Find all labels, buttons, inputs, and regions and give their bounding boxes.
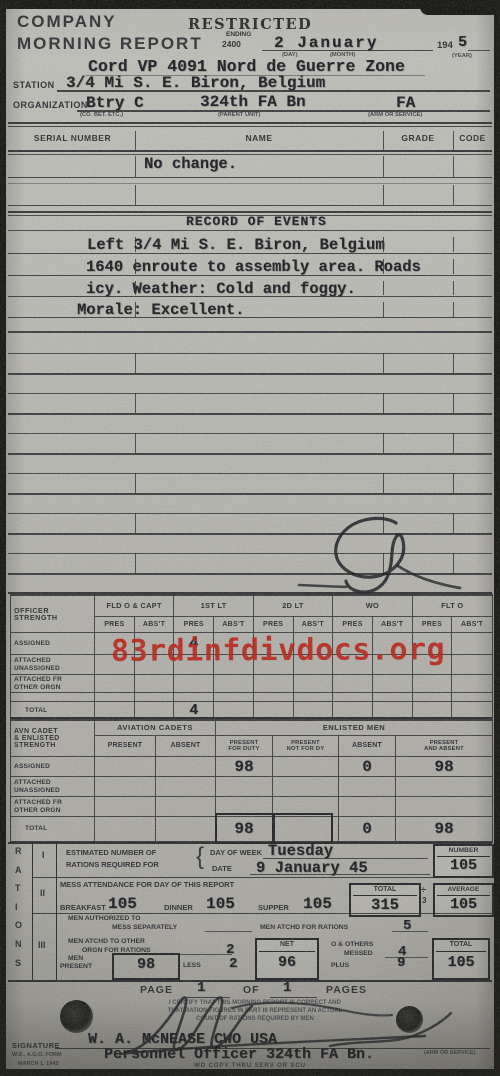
average-box: AVERAGE 105 [433,883,494,917]
ruled-line [8,573,492,575]
officer-row-label [11,693,95,702]
date-label: DATE [212,864,232,873]
column-tick [135,353,136,373]
mess-total-value: 315 [351,896,419,914]
officer-cell-value [214,675,254,693]
form-title-line1: COMPANY [17,12,117,32]
enlisted-cell-value: 98 [396,817,492,841]
officer-cell-value [413,675,453,693]
officer-subheader-label: ABS'T [302,621,324,628]
officer-subheader-label: PRES [263,621,283,628]
officer-subheader: PRES [95,617,135,633]
photo-edge-right [494,0,500,1076]
ruled-line [8,150,492,152]
supper-value: 105 [303,895,332,913]
page-label: PAGE [140,984,173,996]
rations-total-value: 105 [434,954,488,971]
day-of-week-label: DAY OF WEEK [210,848,262,857]
officer-corner-label: OFFICERSTRENGTH [11,596,95,633]
est-rations-label-2: RATIONS REQUIRED FOR [66,860,159,869]
number-box-value: 105 [435,857,492,874]
enlisted-subheader-line: PRESENT [108,742,142,749]
supper-label: SUPPER [258,903,289,912]
ruled-line [250,874,430,875]
ending-time: 2400 [222,39,241,49]
enlisted-cell-value [95,797,156,817]
officer-subheader: PRES [174,617,214,633]
signature-label: SIGNATURE [12,1041,60,1050]
pages-label: PAGES [326,984,367,996]
officer-cell-value [95,675,135,693]
officer-group-label: WO [366,602,379,609]
officer-subheader: ABS'T [135,617,175,633]
officer-col-group: 2D LT [254,596,333,617]
ruled-line [32,913,492,914]
section-numeral-2: II [40,888,45,898]
rations-letter: O [15,920,22,930]
officer-cell-value [452,675,492,693]
enlisted-cell-value [396,797,492,817]
ruled-line [8,373,492,375]
ruled-line [57,90,490,92]
column-tick [135,553,136,573]
total-not-duty-box [273,813,333,844]
rations-total-box: TOTAL 105 [432,938,490,980]
officer-row-label: ATTACHEDUNASSIGNED [11,655,95,675]
officer-group-label: FLD O & CAPT [107,602,162,609]
officer-row-label: ATTACHED FROTHER ORGN [11,675,95,693]
officer-subheader-label: PRES [104,621,124,628]
officer-subheader: ABS'T [373,617,413,633]
enlisted-subheader: ABSENT [339,736,396,757]
officer-subheader-label: PRES [184,621,204,628]
ruled-line [32,877,492,878]
less-value: 2 [229,956,237,972]
officer-subheader-label: ABS'T [222,621,244,628]
enlisted-row-label: ATTACHEDUNASSIGNED [11,777,95,797]
men-present-label-1: MEN [68,955,83,962]
ruled-line [8,317,492,318]
officer-cell-value [214,693,254,702]
enlisted-cell-value [95,777,156,797]
ruled-line [185,997,230,998]
officer-col-group: 1ST LT [174,596,253,617]
ruled-line [8,154,492,155]
roster-entry-no-change: No change. [144,155,237,173]
officer-cell-value [135,675,175,693]
ruled-line [8,215,492,216]
column-tick [453,156,454,177]
men-present-box: 98 [112,953,180,980]
enlisted-cell-value [273,757,339,777]
officer-subheader: ABS'T [452,617,492,633]
ruled-line [8,493,492,495]
enlisted-subheader-line: AND ABSENT [424,746,464,752]
men-authorized-label-1: MEN AUTHORIZED TO [68,915,141,922]
ruled-line [8,473,492,474]
photo-edge-bottom [0,1069,500,1076]
ruled-line [263,858,428,859]
column-tick [383,185,384,205]
enlisted-cell-value [396,777,492,797]
ruled-line [205,931,252,932]
enlisted-subheader-line: FOR DUTY [228,746,259,752]
events-title: RECORD OF EVENTS [186,214,327,229]
officer-cell-value [95,693,135,702]
form-title-line2: MORNING REPORT [17,34,203,54]
breakfast-label: BREAKFAST [60,903,106,912]
enlisted-corner-label: AVN CADET& ENLISTEDSTRENGTH [11,721,95,757]
column-tick [383,473,384,493]
enlisted-cell-value [339,777,396,797]
ruled-line [262,50,433,51]
column-tick [453,353,454,373]
column-tick [135,302,136,317]
rations-letter: I [15,902,18,912]
men-present-label-2: PRESENT [60,963,92,970]
ruled-line [8,393,492,394]
enlisted-corner-line: AVN CADET [14,728,58,735]
net-value: 96 [257,954,317,971]
ruled-line [8,533,492,535]
officer-row-label-line: ATTACHED [14,657,51,664]
enlisted-cell-value [95,817,156,841]
column-tick [383,433,384,453]
net-box: NET 96 [255,938,319,980]
breakfast-value: 105 [108,895,137,913]
ruled-line [8,230,492,231]
column-tick [453,433,454,453]
less-label: LESS [183,962,201,969]
morning-report-scan: COMPANY RESTRICTED MORNING REPORT ENDING… [0,0,500,1076]
ruled-line [8,126,492,127]
rations-letter: N [15,939,22,949]
officer-subheader-label: PRES [342,621,362,628]
officer-subheader-label: ABS'T [461,621,483,628]
page-value: 1 [197,980,205,996]
ruled-line [270,997,317,998]
form-note-2: MARCH 1, 1943 [18,1061,58,1067]
enlisted-row-label: ATTACHED FROTHER ORGN [11,797,95,817]
rations-letter: A [15,865,22,875]
ruled-line [8,353,492,354]
column-tick [135,185,136,205]
column-tick [135,131,136,150]
officer-row-label-line: ASSIGNED [14,640,50,647]
year-value: 5 [458,34,467,51]
enlisted-cell-value: 0 [339,817,396,841]
column-tick [135,473,136,493]
column-tick [453,553,454,573]
officer-subheader: PRES [413,617,453,633]
photo-edge-top-right [420,0,500,15]
net-label: NET [257,941,317,948]
year-prefix: 194 [437,40,453,51]
enlisted-subheader-line: ABSENT [352,742,382,749]
enlisted-cell-value [156,757,216,777]
ruled-line [8,433,492,434]
enlisted-subheader-line: NOT FOR DY [287,746,325,752]
column-tick [453,131,454,150]
enlisted-cell-value: 0 [339,757,396,777]
column-tick [135,393,136,413]
org-unit-sublabel: (CO. BET. ETC.) [80,112,123,118]
officer-cell-value [174,675,214,693]
officer-col-group: WO [333,596,412,617]
enlisted-cell-value [273,777,339,797]
rations-letter: T [15,883,21,893]
pages-value: 1 [283,980,291,996]
enlisted-cell-value [339,797,396,817]
officer-cell-value [333,675,373,693]
column-tick [453,259,454,274]
enlisted-cell-value [156,817,216,841]
photo-edge-left [0,0,6,1076]
org-arm-sublabel: (ARM OR SERVICE) [368,112,422,118]
column-tick [453,302,454,317]
column-tick [135,281,136,295]
enlisted-subheader: PRESENTNOT FOR DY [273,736,339,757]
of-label: OF [243,984,260,996]
officer-group-label: FLT O [441,602,463,609]
officer-group-label: 2D LT [282,602,303,609]
enlisted-value: 0 [362,820,372,838]
cert-line-1: I CERTIFY THAT THIS MORNING REPORT IS CO… [90,1000,420,1006]
ruled-line [10,717,491,719]
ending-label: ENDING [226,31,251,38]
mess-total-box: TOTAL 315 [349,883,421,917]
enlisted-subheader: PRESENTFOR DUTY [216,736,273,757]
enlisted-row-label: ASSIGNED [11,757,95,777]
officer-row-label: ASSIGNED [11,633,95,655]
column-tick [383,131,384,150]
column-tick [135,237,136,252]
brace-glyph: { [196,843,204,871]
column-tick [453,185,454,205]
officer-col-group: FLD O & CAPT [95,596,174,617]
ruled-line [8,513,492,514]
rations-letter: S [15,958,21,968]
enlisted-subheader: PRESENT [95,736,156,757]
column-tick [383,156,384,177]
ruled-line [168,954,232,955]
total-present-duty-box [215,813,274,844]
officer-row-label-line: ATTACHED FR [14,676,62,683]
enlisted-row-label-line: ATTACHED FR [14,799,62,806]
ruled-line [8,413,492,415]
column-tick [135,513,136,533]
others-label-1: O & OTHERS [331,941,373,948]
officer-cell-value [373,693,413,702]
roster-header-grade: GRADE [383,133,453,143]
column-tick [383,353,384,373]
divide-sign: ÷ [421,885,426,895]
officer-subheader: PRES [333,617,373,633]
enlisted-row-label-line: TOTAL [25,825,47,832]
officer-subheader: PRES [254,617,294,633]
arm-service-note: (ARM OR SERVICE) [424,1050,476,1056]
officer-cell-value [452,693,492,702]
ruled-line [8,331,492,333]
copy-note: WD COPY THRU SERV OR SCU [160,1062,340,1069]
cert-line-3: COUNT OF RATIONS REQUIRED BY MEN [90,1016,420,1022]
ruled-line [8,205,492,206]
ruled-line [8,253,492,254]
roster-header-code: CODE [453,133,492,143]
enlisted-row-label: TOTAL [11,817,95,841]
watermark-text: 83rdinfdivdocs.org [111,632,445,669]
form-note-1: W.D., A.G.O. FORM [12,1052,62,1058]
enlisted-subheader-line: ABSENT [171,742,201,749]
org-parent-sublabel: (PARENT UNIT) [218,112,260,118]
enlisted-cell-value [156,797,216,817]
enlisted-row-label-line: UNASSIGNED [14,787,60,794]
column-tick [135,259,136,274]
officer-subheader-label: PRES [422,621,442,628]
ruled-line [8,275,492,276]
mess-attendance-label: MESS ATTENDANCE FOR DAY OF THIS REPORT [60,880,234,889]
enlisted-group-label: ENLISTED MEN [323,724,386,731]
column-tick [453,473,454,493]
enlisted-cell-value: 98 [396,757,492,777]
enlisted-subheader: PRESENTAND ABSENT [396,736,492,757]
events-line-1: Left 3/4 Mi S. E. Biron, Belgium [87,236,385,254]
officer-corner-line: STRENGTH [14,614,58,621]
enlisted-group-label: AVIATION CADETS [117,724,193,731]
hole-punch-right [396,1006,423,1033]
divide-by: 3 [422,896,426,905]
ruled-line [8,980,492,983]
station-label: STATION [13,80,55,90]
ruled-line [8,553,492,554]
enlisted-group-enlisted: ENLISTED MEN [216,721,492,736]
mess-total-label: TOTAL [351,886,419,893]
officer-group-label: 1ST LT [201,602,227,609]
section-numeral-3: III [38,940,46,950]
officer-subheader: ABS'T [294,617,334,633]
column-tick [135,433,136,453]
plus-label: PLUS [331,962,349,969]
column-tick [383,302,384,317]
enlisted-value: 98 [434,820,453,838]
column-tick [453,237,454,252]
ruled-line [8,453,492,455]
ruled-line [468,50,490,51]
officer-subheader-label: ABS'T [381,621,403,628]
roster-header-name: NAME [135,133,383,143]
dinner-value: 105 [206,895,235,913]
cert-line-2: THAT RATION FIGURES IN PART III REPRESEN… [90,1008,420,1014]
average-label: AVERAGE [435,886,492,893]
organization-label: ORGANIZATION [13,100,88,110]
officer-row-label-line: OTHER ORGN [14,684,61,691]
column-tick [383,513,384,533]
column-tick [383,259,384,274]
initials-stroke-3 [398,566,460,588]
officer-subheader: ABS'T [214,617,254,633]
rations-total-label: TOTAL [434,941,488,948]
ruled-line [392,931,428,932]
rations-letter: R [15,846,22,856]
column-tick [383,281,384,295]
column-tick [383,393,384,413]
enlisted-row-label-line: ATTACHED [14,779,51,786]
ruled-line [85,75,425,76]
officer-cell-value [452,633,492,655]
column-tick [453,513,454,533]
enlisted-row-label-line: ASSIGNED [14,763,50,770]
column-tick [383,553,384,573]
roster-header-serial: SERIAL NUMBER [10,133,135,143]
men-present-value: 98 [114,956,178,973]
officer-cell-value [373,675,413,693]
ruled-line [8,177,492,178]
ruled-line [8,122,492,124]
officer-subheader-label: ABS'T [143,621,165,628]
enlisted-value: 0 [362,758,372,776]
enlisted-subheader: ABSENT [156,736,216,757]
section-numeral-1: I [42,850,45,860]
ruled-line [55,1048,490,1049]
enlisted-cell-value [95,757,156,777]
men-atchd-other-label-1: MEN ATCHD TO OTHER [68,938,145,945]
ruled-line [385,957,428,958]
enlisted-cell-value [216,777,273,797]
number-box: NUMBER 105 [433,844,494,878]
officer-cell-value [254,675,294,693]
events-line-2: 1640 enroute to assembly area. Roads [86,258,421,276]
column-tick [453,393,454,413]
others-label-2: MESSED [344,950,373,957]
officer-col-group: FLT O [413,596,492,617]
enlisted-value: 98 [434,758,453,776]
officer-row-label-line: TOTAL [25,707,47,714]
officer-row-label-line: UNASSIGNED [14,665,60,672]
officer-cell-value [452,655,492,675]
column-tick [383,237,384,252]
initials-stroke-1 [336,518,404,592]
officer-cell-value [254,693,294,702]
number-box-label: NUMBER [435,847,492,854]
enlisted-row-label-line: OTHER ORGN [14,807,61,814]
officer-cell-value [135,693,175,702]
men-atchd-rations-label: MEN ATCHD FOR RATIONS [260,924,348,931]
officer-cell-value [294,693,334,702]
year-sublabel: (YEAR) [452,53,472,59]
average-value: 105 [435,896,492,913]
column-tick [453,281,454,295]
ruled-line [8,183,492,184]
enlisted-value: 98 [234,758,253,776]
officer-cell-value [174,693,214,702]
officer-cell-value [413,693,453,702]
enlisted-cell-value: 98 [216,757,273,777]
ruled-line [8,296,492,297]
ruled-line [8,592,492,594]
men-authorized-label-2: MESS SEPARATELY [112,924,177,931]
hole-punch-left [60,1000,93,1033]
enlisted-corner-line: & ENLISTED [14,735,60,742]
ruled-line [8,211,492,213]
dinner-label: DINNER [164,903,193,912]
initials-stroke-2 [299,585,346,587]
est-rations-label-1: ESTIMATED NUMBER OF [66,848,156,857]
enlisted-group-aviation: AVIATION CADETS [95,721,216,736]
officer-cell-value [294,675,334,693]
enlisted-corner-line: STRENGTH [14,742,56,749]
officer-cell-value [333,693,373,702]
ruled-line [77,110,490,112]
